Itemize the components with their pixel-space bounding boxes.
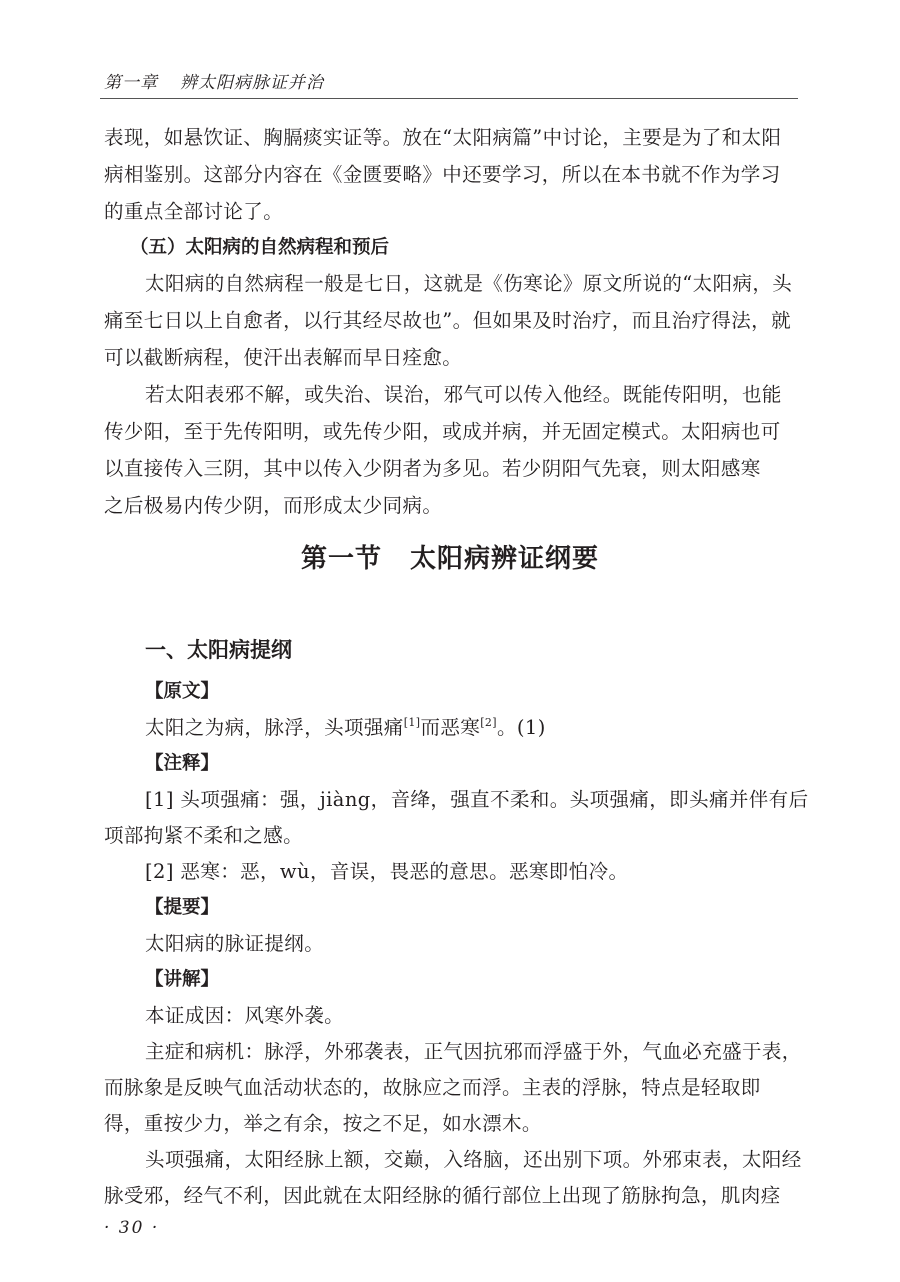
mechanism-line: 主症和病机：脉浮，外邪袭表，正气因抗邪而浮盛于外，气血必充盛于表，	[145, 1040, 805, 1064]
paragraph-line: 以直接传入三阴，其中以传入少阴者为多见。若少阴阳气先衰，则太阳感寒	[104, 457, 804, 481]
original-text-part: 。(1)	[497, 716, 546, 739]
paragraph-line: 若太阳表邪不解，或失治、误治，邪气可以传入他经。既能传阳明，也能	[145, 383, 805, 407]
section-title: 第一节太阳病辨证纲要	[0, 542, 900, 576]
chapter-title: 辨太阳病脉证并治	[180, 73, 324, 93]
intro-line: 的重点全部讨论了。	[104, 200, 804, 224]
mechanism-line: 得，重按少力，举之有余，按之不足，如水漂木。	[104, 1112, 804, 1136]
section-number: 第一节	[301, 544, 382, 574]
intro-line: 表现，如悬饮证、胸膈痰实证等。放在“太阳病篇”中讨论，主要是为了和太阳	[104, 126, 804, 150]
section-name: 太阳病辨证纲要	[410, 544, 599, 574]
item-title: 一、太阳病提纲	[145, 636, 292, 664]
notes-label: 【注释】	[145, 752, 219, 776]
paragraph-line: 可以截断病程，使汗出表解而早日痊愈。	[104, 346, 804, 370]
note-1-line: 项部拘紧不柔和之感。	[104, 824, 804, 848]
paragraph-line: 之后极易内传少阴，而形成太少同病。	[104, 494, 804, 518]
summary-text: 太阳病的脉证提纲。	[145, 932, 845, 956]
original-text-part: 太阳之为病，脉浮，头项强痛	[145, 716, 404, 739]
footnote-mark-1[interactable]: [1]	[404, 716, 421, 729]
note-1-line: [1] 头项强痛：强，jiàng，音绛，强直不柔和。头项强痛，即头痛并伴有后	[145, 788, 805, 812]
original-text-part: 而恶寒	[421, 716, 481, 739]
headache-line: 脉受邪，经气不利，因此就在太阳经脉的循行部位上出现了筋脉拘急，肌肉痉	[104, 1184, 804, 1208]
chapter-number: 第一章	[104, 73, 158, 93]
footnote-mark-2[interactable]: [2]	[480, 716, 497, 729]
note-2: [2] 恶寒：恶，wù，音误，畏恶的意思。恶寒即怕冷。	[145, 860, 805, 884]
cause-text: 本证成因：风寒外袭。	[145, 1004, 845, 1028]
subsection-heading: （五）太阳病的自然病程和预后	[130, 236, 389, 260]
header-rule	[100, 98, 798, 99]
original-text-label: 【原文】	[145, 680, 219, 704]
explanation-label: 【讲解】	[145, 968, 219, 992]
page-number: · 30 ·	[104, 1218, 159, 1238]
book-page: 第一章辨太阳病脉证并治 表现，如悬饮证、胸膈痰实证等。放在“太阳病篇”中讨论，主…	[0, 0, 900, 1282]
paragraph-line: 痛至七日以上自愈者，以行其经尽故也”。但如果及时治疗，而且治疗得法，就	[104, 309, 804, 333]
summary-label: 【提要】	[145, 896, 219, 920]
mechanism-line: 而脉象是反映气血活动状态的，故脉应之而浮。主表的浮脉，特点是轻取即	[104, 1076, 804, 1100]
original-text: 太阳之为病，脉浮，头项强痛[1]而恶寒[2]。(1)	[145, 716, 845, 740]
paragraph-line: 太阳病的自然病程一般是七日，这就是《伤寒论》原文所说的“太阳病，头	[145, 272, 805, 296]
paragraph-line: 传少阳，至于先传阳明，或先传少阳，或成并病，并无固定模式。太阳病也可	[104, 420, 804, 444]
headache-line: 头项强痛，太阳经脉上额，交巅，入络脑，还出别下项。外邪束表，太阳经	[145, 1148, 805, 1172]
intro-line: 病相鉴别。这部分内容在《金匮要略》中还要学习，所以在本书就不作为学习	[104, 163, 804, 187]
running-head: 第一章辨太阳病脉证并治	[104, 68, 324, 93]
